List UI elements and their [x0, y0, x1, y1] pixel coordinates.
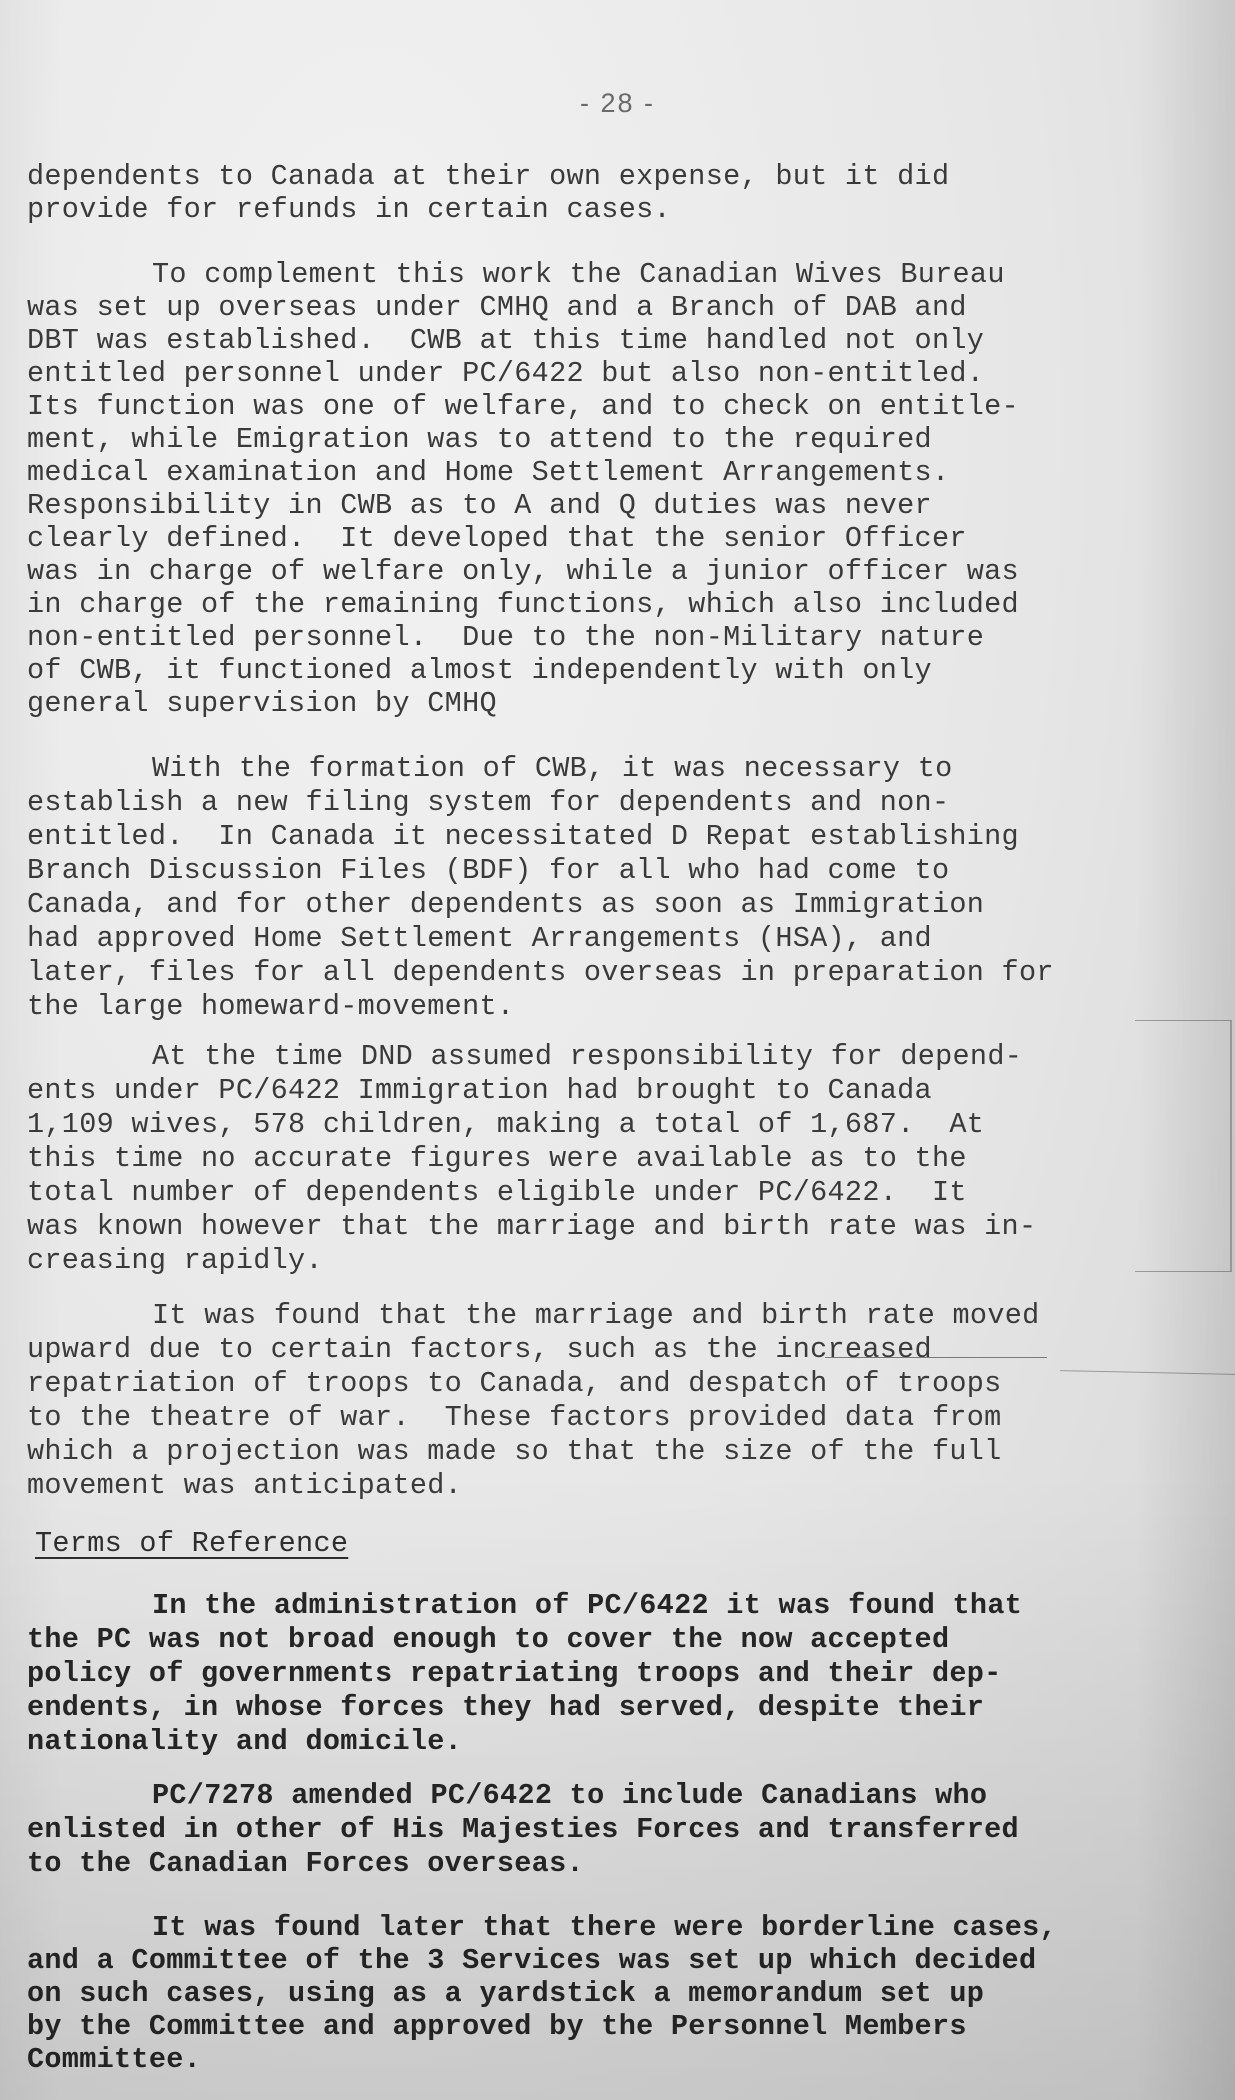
text-line: clearly defined. It developed that the s…: [27, 522, 967, 556]
text-line: policy of governments repatriating troop…: [27, 1657, 1002, 1691]
text-line: later, files for all dependents overseas…: [27, 956, 1054, 990]
text-line: repatriation of troops to Canada, and de…: [27, 1367, 1002, 1401]
text-line: nationality and domicile.: [27, 1725, 462, 1759]
text-line: Its function was one of welfare, and to …: [27, 390, 1019, 424]
text-line: total number of dependents eligible unde…: [27, 1176, 967, 1210]
text-line: enlisted in other of His Majesties Force…: [27, 1813, 1019, 1847]
text-line: PC/7278 amended PC/6422 to include Canad…: [27, 1779, 987, 1813]
text-line: and a Committee of the 3 Services was se…: [27, 1944, 1036, 1978]
text-line: ment, while Emigration was to attend to …: [27, 423, 932, 457]
text-line: this time no accurate figures were avail…: [27, 1142, 967, 1176]
text-line: To complement this work the Canadian Wiv…: [27, 258, 1005, 292]
text-line: 1,109 wives, 578 children, making a tota…: [27, 1108, 984, 1142]
page-number: - 28 -: [0, 88, 1235, 119]
text-line: by the Committee and approved by the Per…: [27, 2010, 967, 2044]
text-line: Responsibility in CWB as to A and Q duti…: [27, 489, 932, 523]
text-line: of CWB, it functioned almost independent…: [27, 654, 932, 688]
pencil-stroke-mark: [1060, 1370, 1235, 1375]
text-line: was known however that the marriage and …: [27, 1210, 1036, 1244]
text-line: With the formation of CWB, it was necess…: [27, 752, 953, 786]
text-line: the large homeward-movement.: [27, 990, 514, 1024]
document-page: - 28 - dependents to Canada at their own…: [0, 0, 1235, 2100]
text-line: had approved Home Settlement Arrangement…: [27, 922, 932, 956]
text-line: medical examination and Home Settlement …: [27, 456, 949, 490]
text-line: endents, in whose forces they had served…: [27, 1691, 984, 1725]
text-line: in charge of the remaining functions, wh…: [27, 588, 1019, 622]
text-line: was set up overseas under CMHQ and a Bra…: [27, 291, 967, 325]
text-line: movement was anticipated.: [27, 1469, 462, 1503]
text-line: ents under PC/6422 Immigration had broug…: [27, 1074, 932, 1108]
text-line: Committee.: [27, 2043, 201, 2077]
text-line: entitled personnel under PC/6422 but als…: [27, 357, 984, 391]
text-line: creasing rapidly.: [27, 1244, 323, 1278]
text-line: At the time DND assumed responsibility f…: [27, 1040, 1022, 1074]
text-line: It was found later that there were borde…: [27, 1911, 1057, 1945]
text-line: to the Canadian Forces overseas.: [27, 1847, 584, 1881]
text-line: on such cases, using as a yardstick a me…: [27, 1977, 984, 2011]
text-line: to the theatre of war. These factors pro…: [27, 1401, 1002, 1435]
text-line: entitled. In Canada it necessitated D Re…: [27, 820, 1019, 854]
text-line: the PC was not broad enough to cover the…: [27, 1623, 949, 1657]
text-line: DBT was established. CWB at this time ha…: [27, 324, 984, 358]
text-line: dependents to Canada at their own expens…: [27, 160, 949, 194]
text-line: Branch Discussion Files (BDF) for all wh…: [27, 854, 949, 888]
text-line: was in charge of welfare only, while a j…: [27, 555, 1019, 589]
section-heading-terms-of-reference: Terms of Reference: [35, 1527, 348, 1561]
text-line: general supervision by CMHQ: [27, 687, 497, 721]
text-line: upward due to certain factors, such as t…: [27, 1333, 932, 1367]
pencil-underline-mark: [825, 1357, 1047, 1358]
text-line: Canada, and for other dependents as soon…: [27, 888, 984, 922]
text-line: In the administration of PC/6422 it was …: [27, 1589, 1022, 1623]
text-line: which a projection was made so that the …: [27, 1435, 1002, 1469]
text-line: non-entitled personnel. Due to the non-M…: [27, 621, 984, 655]
text-line: establish a new filing system for depend…: [27, 786, 949, 820]
margin-bracket-mark: [1135, 1020, 1232, 1272]
text-line: provide for refunds in certain cases.: [27, 193, 671, 227]
text-line: It was found that the marriage and birth…: [27, 1299, 1040, 1333]
